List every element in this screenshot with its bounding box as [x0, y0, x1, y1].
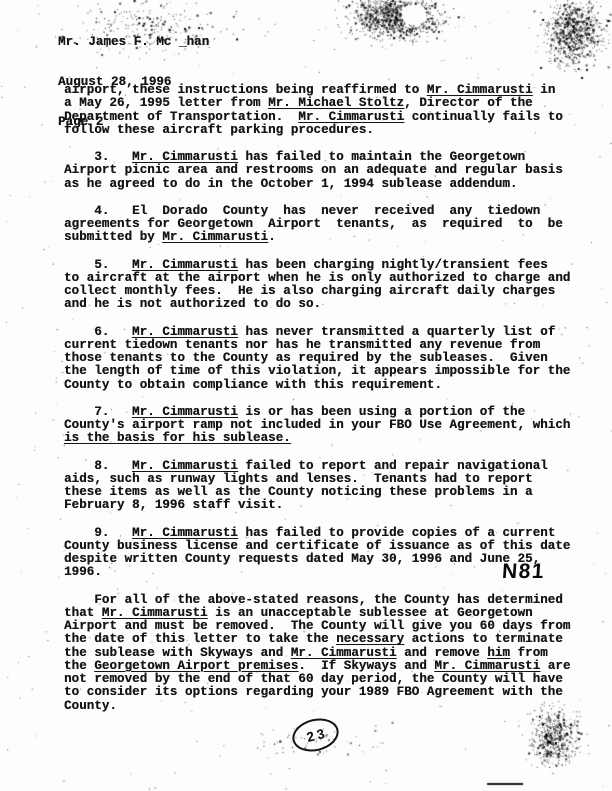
paragraph-line: County business license and certificate …	[64, 540, 609, 553]
paragraph-line: agreements for Georgetown Airport tenant…	[64, 218, 609, 231]
paragraph-line: aids, such as runway lights and lenses. …	[64, 473, 609, 486]
paragraph-line: Airport and must be removed. The County …	[64, 620, 609, 633]
paragraph-line: collect monthly fees. He is also chargin…	[64, 285, 609, 298]
paragraph-line: 4. El Dorado County has never received a…	[64, 205, 609, 218]
letter-body: airport, these instructions being reaffi…	[64, 84, 609, 727]
scanned-letter-page: Mr. James F. Mc _han August 28, 1996 Pag…	[0, 0, 612, 791]
paragraph: airport, these instructions being reaffi…	[64, 84, 609, 137]
paragraph-line: those tenants to the County as required …	[64, 352, 609, 365]
paragraph: 7. Mr. Cimmarusti is or has been using a…	[64, 406, 609, 446]
paragraph-line: 6. Mr. Cimmarusti has never transmitted …	[64, 326, 609, 339]
paragraph-line: and he is not authorized to do so.	[64, 298, 609, 311]
handwritten-annotation: N81	[501, 560, 546, 584]
paragraph-line: as he agreed to do in the October 1, 199…	[64, 178, 609, 191]
paragraph-line: Department of Transportation. Mr. Cimmar…	[64, 111, 609, 124]
paragraph: 8. Mr. Cimmarusti failed to report and r…	[64, 460, 609, 513]
paragraph-line: 7. Mr. Cimmarusti is or has been using a…	[64, 406, 609, 419]
paragraph-line: current tiedown tenants nor has he trans…	[64, 339, 609, 352]
paragraph-line: 9. Mr. Cimmarusti has failed to provide …	[64, 527, 609, 540]
paragraph-line: 5. Mr. Cimmarusti has been charging nigh…	[64, 259, 609, 272]
recipient-line: Mr. James F. Mc _han	[58, 36, 209, 49]
paragraph: For all of the above-stated reasons, the…	[64, 594, 609, 713]
paragraph-line: is the basis for his sublease.	[64, 432, 609, 445]
paragraph-line: County.	[64, 700, 609, 713]
paragraph: 6. Mr. Cimmarusti has never transmitted …	[64, 326, 609, 392]
paragraph-line: Airport picnic area and restrooms on an …	[64, 164, 609, 177]
paragraph: 5. Mr. Cimmarusti has been charging nigh…	[64, 259, 609, 312]
paragraph-line: 3. Mr. Cimmarusti has failed to maintain…	[64, 151, 609, 164]
paragraph-line: these items as well as the County notici…	[64, 486, 609, 499]
paragraph-line: 8. Mr. Cimmarusti failed to report and r…	[64, 460, 609, 473]
paragraph-line: For all of the above-stated reasons, the…	[64, 594, 609, 607]
paragraph-line: February 8, 1996 staff visit.	[64, 499, 609, 512]
paragraph-line: to aircraft at the airport when he is on…	[64, 272, 609, 285]
paragraph-line: to consider its options regarding your 1…	[64, 686, 609, 699]
paragraph-line: a May 26, 1995 letter from Mr. Michael S…	[64, 97, 609, 110]
paragraph-line: County's airport ramp not included in yo…	[64, 419, 609, 432]
paragraph-line: not removed by the end of that 60 day pe…	[64, 673, 609, 686]
paragraph-line: that Mr. Cimmarusti is an unacceptable s…	[64, 607, 609, 620]
paragraph-line: the length of time of this violation, it…	[64, 365, 609, 378]
paragraph-line: airport, these instructions being reaffi…	[64, 84, 609, 97]
paragraph: 4. El Dorado County has never received a…	[64, 205, 609, 245]
paragraph-line: submitted by Mr. Cimmarusti.	[64, 231, 609, 244]
paragraph-line: the date of this letter to take the nece…	[64, 633, 609, 646]
paragraph-line: County to obtain compliance with this re…	[64, 379, 609, 392]
paragraph-line: the sublease with Skyways and Mr. Cimmar…	[64, 647, 609, 660]
paragraph-line: follow these aircraft parking procedures…	[64, 124, 609, 137]
paragraph: 3. Mr. Cimmarusti has failed to maintain…	[64, 151, 609, 191]
paragraph-line: the Georgetown Airport premises. If Skyw…	[64, 660, 609, 673]
